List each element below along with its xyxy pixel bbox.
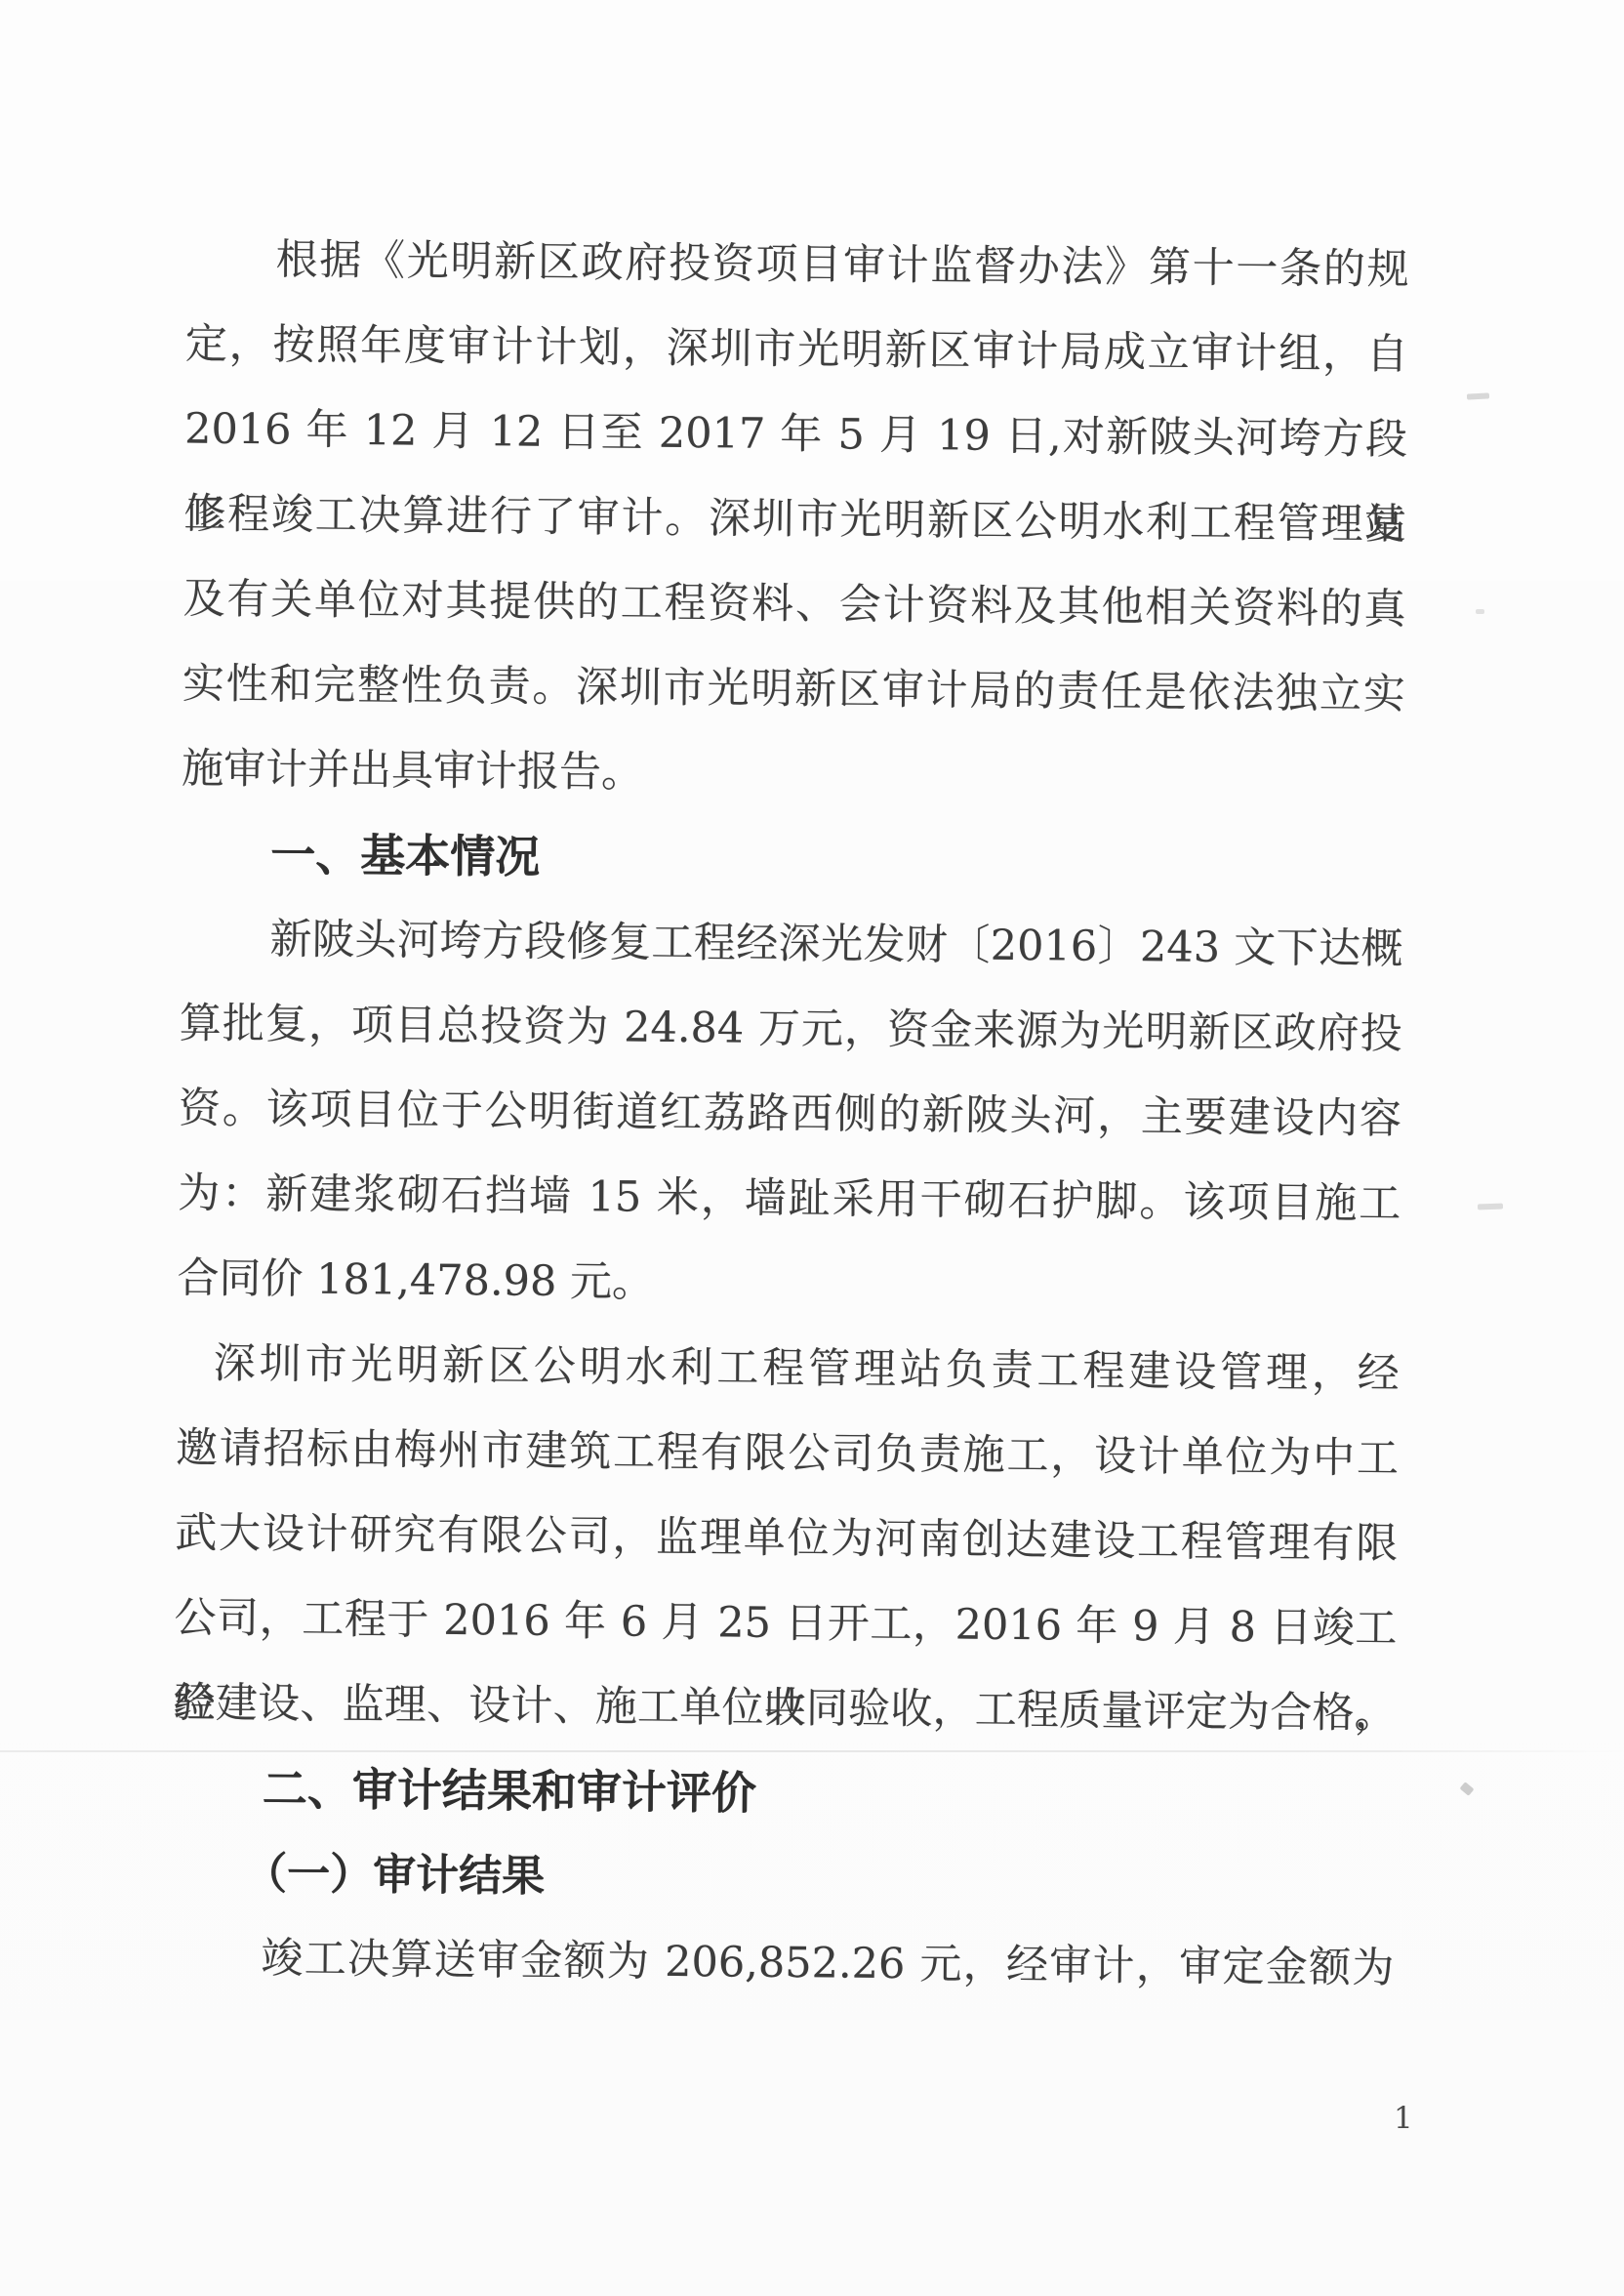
paragraph-line: 经建设、监理、设计、施工单位共同验收，工程质量评定为合格。 (173, 1661, 1397, 1757)
paragraph-line: 邀请招标由梅州市建筑工程有限公司负责施工，设计单位为中工 (176, 1407, 1400, 1502)
paragraph-line: 定，按照年度审计计划，深圳市光明新区审计局成立审计组，自 (184, 303, 1408, 398)
scanned-audit-report-page: 根据《光明新区政府投资项目审计监督办法》第十一条的规 定，按照年度审计计划，深圳… (0, 0, 1624, 2296)
paragraph-line: 合同价 181,478.98 元。 (177, 1237, 1401, 1332)
scan-speck-artifact (1467, 392, 1489, 399)
paragraph-line: 工程竣工决算进行了审计。深圳市光明新区公明水利工程管理站 (183, 472, 1407, 568)
scan-line-artifact (0, 1750, 1624, 1752)
paragraph-line: 为：新建浆砌石挡墙 15 米，墙趾采用干砌石护脚。该项目施工 (178, 1152, 1401, 1248)
paragraph-line: 施审计并出具审计报告。 (182, 727, 1405, 823)
page-number: 1 (1394, 2101, 1413, 2136)
section-heading-audit-results: 二、审计结果和审计评价 (173, 1746, 1397, 1842)
paragraph-line: 新陂头河垮方段修复工程经深光发财〔2016〕243 文下达概 (180, 897, 1403, 993)
section-heading-basic-info: 一、基本情况 (181, 812, 1404, 908)
paragraph-line: 资。该项目位于公明街道红荔路西侧的新陂头河，主要建设内容 (179, 1067, 1402, 1163)
paragraph-line: 实性和完整性负责。深圳市光明新区审计局的责任是依法独立实 (182, 642, 1405, 738)
paragraph-line: 深圳市光明新区公明水利工程管理站负责工程建设管理，经 (176, 1322, 1400, 1417)
scan-speck-artifact (1476, 609, 1484, 614)
paragraph-line: 及有关单位对其提供的工程资料、会计资料及其他相关资料的真 (183, 557, 1406, 653)
scan-speck-artifact (1478, 1204, 1503, 1210)
paragraph-line: 武大设计研究有限公司，监理单位为河南创达建设工程管理有限 (175, 1492, 1399, 1587)
paragraph-line: 根据《光明新区政府投资项目审计监督办法》第十一条的规 (185, 218, 1409, 313)
paragraph-line: 2016 年 12 月 12 日至 2017 年 5 月 19 日,对新陂头河垮… (184, 388, 1408, 483)
paragraph-line: 算批复，项目总投资为 24.84 万元，资金来源为光明新区政府投 (179, 982, 1402, 1078)
subsection-heading-audit-result: （一）审计结果 (172, 1831, 1396, 1927)
paragraph-line: 公司，工程于 2016 年 6 月 25 日开工，2016 年 9 月 8 日竣… (174, 1577, 1398, 1672)
document-body: 根据《光明新区政府投资项目审计监督办法》第十一条的规 定，按照年度审计计划，深圳… (171, 218, 1409, 2012)
scan-speck-artifact (1460, 1782, 1475, 1796)
paragraph-line: 竣工决算送审金额为 206,852.26 元，经审计，审定金额为 (171, 1916, 1395, 2012)
